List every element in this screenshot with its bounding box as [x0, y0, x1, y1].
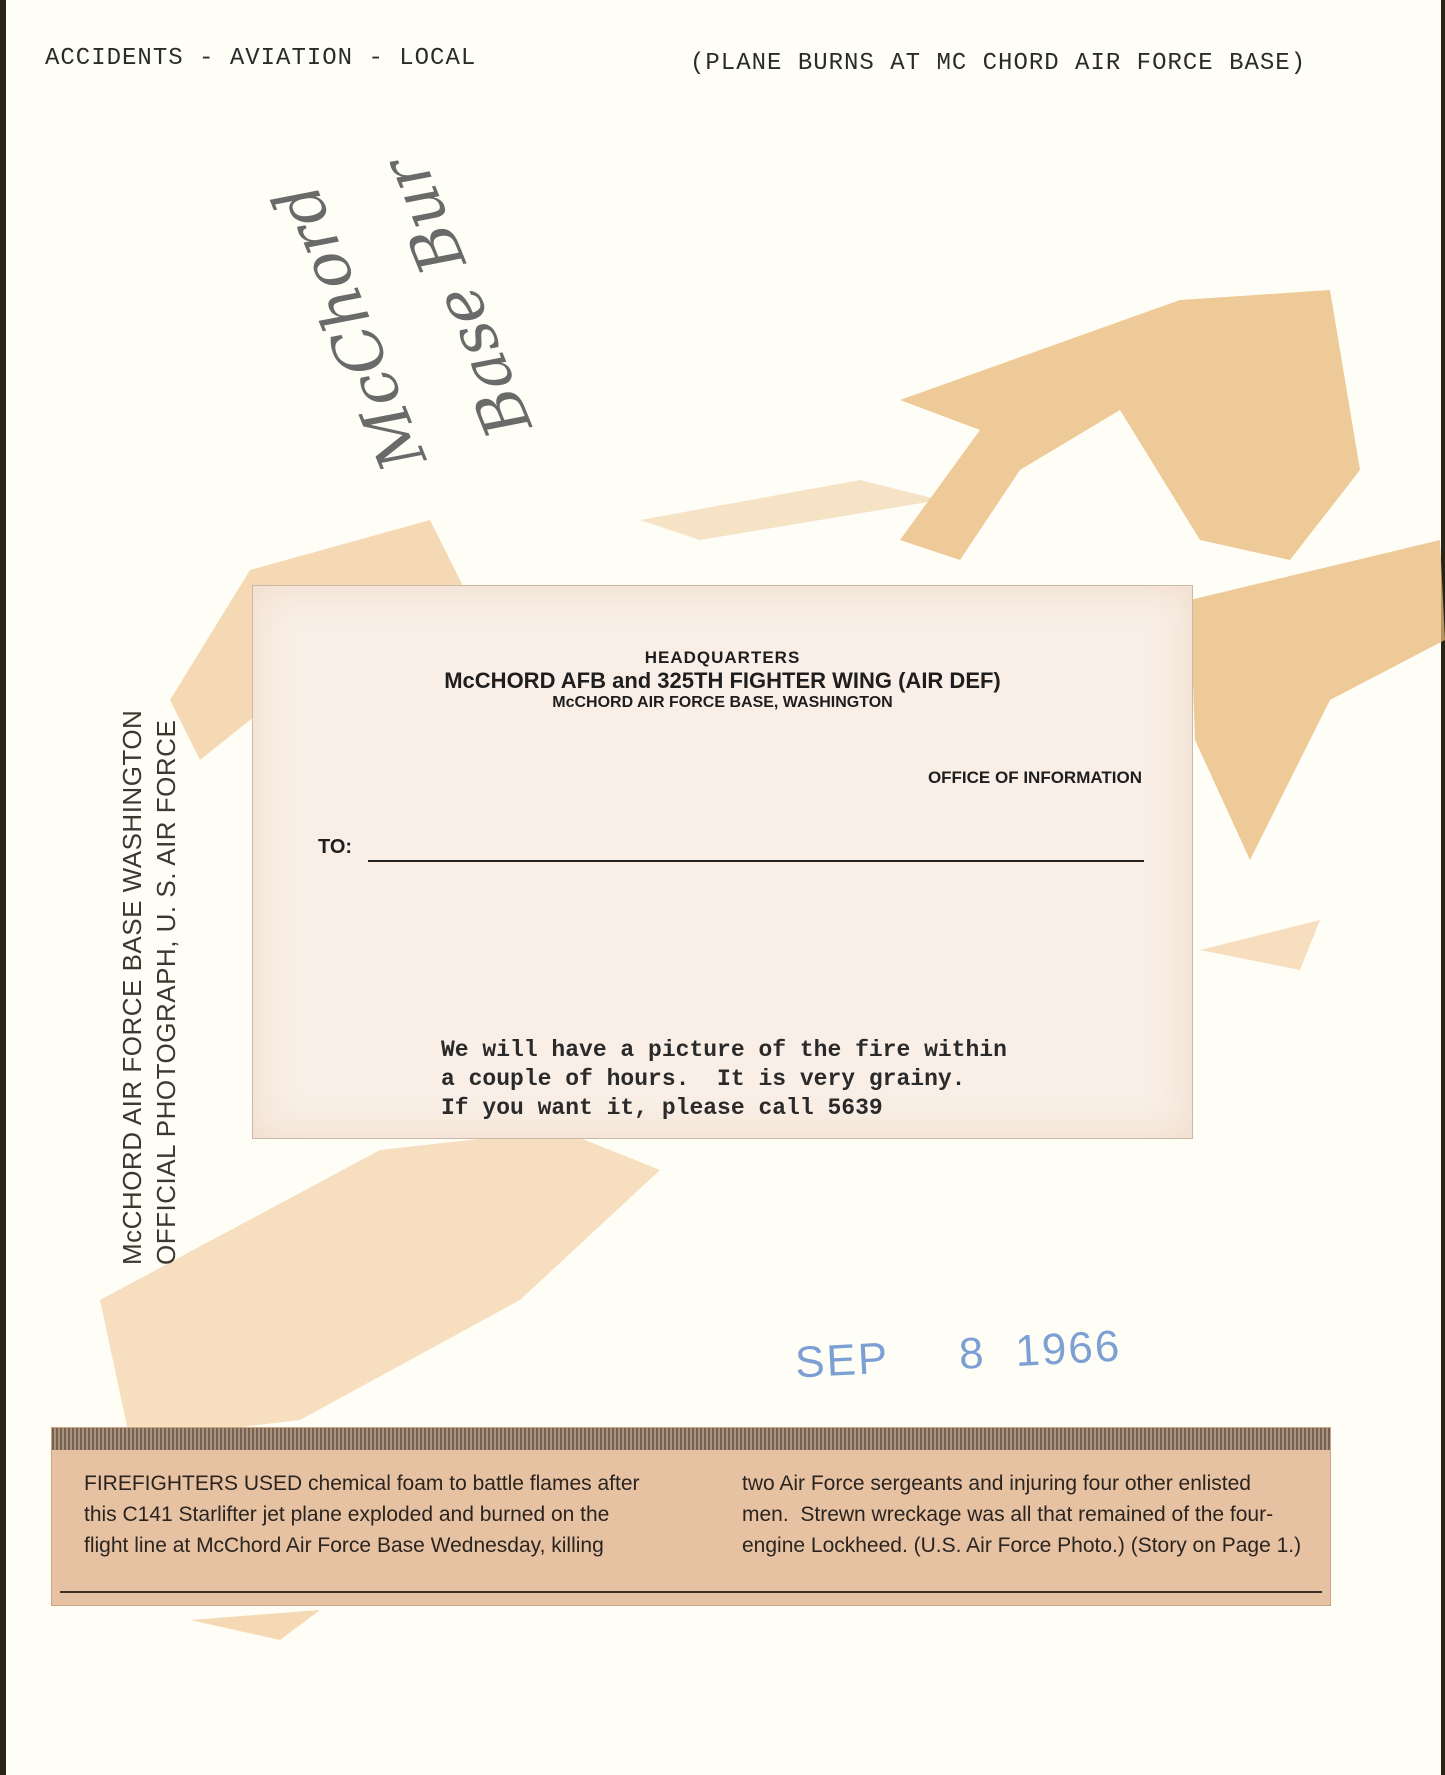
card-location: McCHORD AIR FORCE BASE, WASHINGTON — [253, 694, 1192, 712]
card-unit: McCHORD AFB and 325TH FIGHTER WING (AIR … — [253, 668, 1192, 694]
stamp-line2: OFFICIAL PHOTOGRAPH, U. S. AIR FORCE — [149, 710, 183, 1265]
clipping-rule — [60, 1591, 1322, 1593]
card-typed-note: We will have a picture of the fire withi… — [441, 1036, 1007, 1123]
card-to-line — [368, 860, 1144, 862]
clipping-caption-col2: two Air Force sergeants and injuring fou… — [742, 1468, 1301, 1561]
card-to-label: TO: — [318, 836, 352, 859]
card-hq-label: HEADQUARTERS — [253, 648, 1192, 668]
date-day: 8 — [958, 1329, 987, 1379]
clipping-caption-col1: FIREFIGHTERS USED chemical foam to battl… — [84, 1468, 640, 1561]
clipping-halftone-band — [52, 1428, 1330, 1450]
date-month: SEP — [794, 1334, 890, 1388]
card-office: OFFICE OF INFORMATION — [928, 768, 1142, 788]
routing-card: HEADQUARTERS McCHORD AFB and 325TH FIGHT… — [252, 585, 1193, 1139]
newspaper-clipping: FIREFIGHTERS USED chemical foam to battl… — [52, 1428, 1330, 1605]
caption-heading: (PLANE BURNS AT MC CHORD AIR FORCE BASE) — [690, 50, 1306, 77]
subject-heading: ACCIDENTS - AVIATION - LOCAL — [45, 45, 476, 72]
official-photo-stamp: McCHORD AIR FORCE BASE WASHINGTON OFFICI… — [115, 710, 183, 1265]
stamp-line1: McCHORD AIR FORCE BASE WASHINGTON — [115, 710, 149, 1265]
photo-back: ACCIDENTS - AVIATION - LOCAL (PLANE BURN… — [0, 0, 1445, 1775]
date-year: 1966 — [1014, 1321, 1122, 1375]
